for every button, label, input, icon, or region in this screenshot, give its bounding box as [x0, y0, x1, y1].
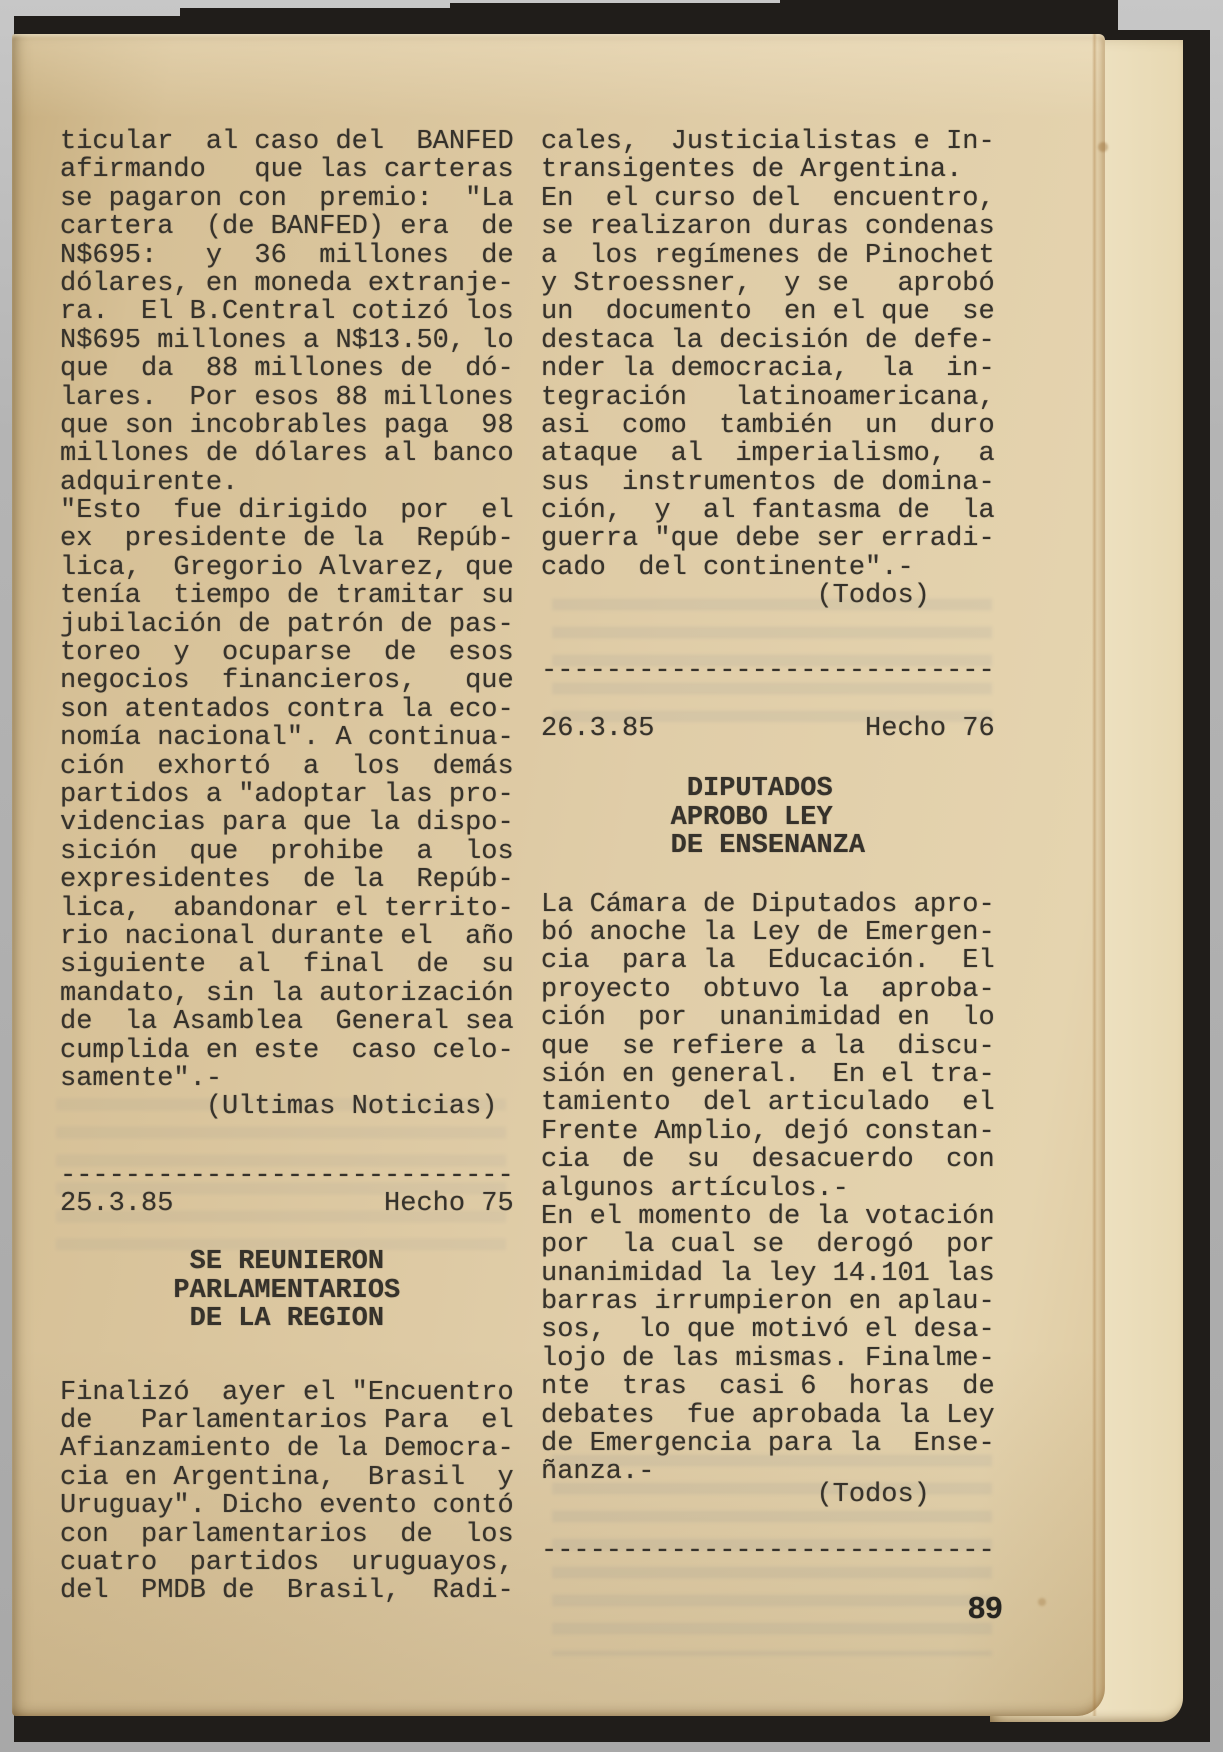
text-line: ataque al imperialismo, a — [541, 440, 995, 468]
text-line: DE LA REGION — [60, 1305, 514, 1333]
text-line: tamiento del articulado el — [541, 1089, 995, 1117]
text-line: cumplida en este caso celo- — [60, 1037, 514, 1065]
text-line: ---------------------------- — [541, 657, 995, 685]
top-edge-bar — [14, 16, 1118, 34]
text-line: partidos a "adoptar las pro- — [60, 781, 514, 809]
text-line: nder la democracia, la in- — [541, 355, 995, 383]
text-line: PARLAMENTARIOS — [60, 1277, 514, 1305]
text-line: se realizaron duras condenas — [541, 213, 995, 241]
text-line: sión en general. En el tra- — [541, 1061, 995, 1089]
scanned-page: ticular al caso del BANFEDafirmando que … — [12, 34, 1105, 1716]
text-line: con parlamentarios de los — [60, 1521, 514, 1549]
text-line: cia para la Educación. El — [541, 947, 995, 975]
text-line: un documento en el que se — [541, 298, 995, 326]
text-line: cales, Justicialistas e In- — [541, 128, 995, 156]
text-line: N$695: y 36 millones de — [60, 242, 514, 270]
text-line: "Esto fue dirigido por el — [60, 497, 514, 525]
text-line: DE ENSENANZA — [541, 832, 995, 860]
text-line: DIPUTADOS — [541, 775, 995, 803]
text-line: que da 88 millones de dó- — [60, 355, 514, 383]
text-line: por la cual se derogó por — [541, 1231, 995, 1259]
text-line: millones de dólares al banco — [60, 440, 514, 468]
text-line: asi como también un duro — [541, 412, 995, 440]
text-line: ticular al caso del BANFED — [60, 128, 514, 156]
text-line: algunos artículos.- — [541, 1175, 995, 1203]
text-line: ---------------------------- — [60, 1162, 514, 1190]
text-line: negocios financieros, que — [60, 667, 514, 695]
text-line: SE REUNIERON — [60, 1248, 514, 1276]
text-line: Uruguay". Dicho evento contó — [60, 1492, 514, 1520]
text-line: destaca la decisión de defe- — [541, 327, 995, 355]
top-edge-step-1 — [180, 8, 1118, 17]
text-line: se pagaron con premio: "La — [60, 185, 514, 213]
text-line: tenía tiempo de tramitar su — [60, 582, 514, 610]
text-line: cuatro partidos uruguayos, — [60, 1549, 514, 1577]
text-line: lica, Gregorio Alvarez, que — [60, 554, 514, 582]
text-line: ra. El B.Central cotizó los — [60, 298, 514, 326]
text-line: ción, y al fantasma de la — [541, 497, 995, 525]
text-line: En el momento de la votación — [541, 1203, 995, 1231]
text-line: guerra "que debe ser erradi- — [541, 525, 995, 553]
text-line: transigentes de Argentina. — [541, 156, 995, 184]
text-line: cia en Argentina, Brasil y — [60, 1464, 514, 1492]
text-line: debates fue aprobada la Ley — [541, 1402, 995, 1430]
text-line: sus instrumentos de domina- — [541, 469, 995, 497]
text-line: cartera (de BANFED) era de — [60, 213, 514, 241]
text-line: nte tras casi 6 horas de — [541, 1373, 995, 1401]
text-line: cado del continente".- — [541, 554, 995, 582]
text-line: (Ultimas Noticias) — [60, 1093, 514, 1121]
page-fold-crease — [1092, 34, 1097, 1716]
text-line: de Emergencia para la Ense- — [541, 1430, 995, 1458]
text-line: a los regímenes de Pinochet — [541, 242, 995, 270]
text-line: Frente Amplio, dejó constan- — [541, 1118, 995, 1146]
text-line: bó anoche la Ley de Emergen- — [541, 919, 995, 947]
text-line: unanimidad la ley 14.101 las — [541, 1260, 995, 1288]
text-line: En el curso del encuentro, — [541, 185, 995, 213]
text-line: dólares, en moneda extranje- — [60, 270, 514, 298]
text-line: y Stroessner, y se aprobó — [541, 270, 995, 298]
text-line: 25.3.85 Hecho 75 — [60, 1190, 514, 1218]
text-column-right: cales, Justicialistas e In-transigentes … — [541, 128, 995, 1566]
text-line: proyecto obtuvo la aproba- — [541, 976, 995, 1004]
text-line: del PMDB de Brasil, Radi- — [60, 1577, 514, 1605]
top-edge-step-3 — [780, 0, 1118, 4]
text-line: sición que prohibe a los — [60, 838, 514, 866]
text-line: de la Asamblea General sea — [60, 1008, 514, 1036]
text-line: lares. Por esos 88 millones — [60, 384, 514, 412]
text-line: lica, abandonar el territo- — [60, 895, 514, 923]
text-line: toreo y ocuparse de esos — [60, 639, 514, 667]
text-line: cia de su desacuerdo con — [541, 1146, 995, 1174]
text-line: son atentados contra la eco- — [60, 696, 514, 724]
text-line: barras irrumpieron en aplau- — [541, 1288, 995, 1316]
page-number: 89 — [968, 1590, 1002, 1626]
text-line: ---------------------------- — [541, 1537, 995, 1565]
text-line: samente".- — [60, 1065, 514, 1093]
text-line: tegración latinoamericana, — [541, 384, 995, 412]
text-line: sos, lo que motivó el desa- — [541, 1316, 995, 1344]
text-line: La Cámara de Diputados apro- — [541, 891, 995, 919]
text-line: afirmando que las carteras — [60, 156, 514, 184]
text-column-left: ticular al caso del BANFEDafirmando que … — [60, 128, 514, 1606]
text-line: de Parlamentarios Para el — [60, 1407, 514, 1435]
text-line: N$695 millones a N$13.50, lo — [60, 327, 514, 355]
text-line: ex presidente de la Repúb- — [60, 525, 514, 553]
text-line: rio nacional durante el año — [60, 923, 514, 951]
text-line: adquirente. — [60, 469, 514, 497]
scanned-document: ticular al caso del BANFEDafirmando que … — [0, 0, 1223, 1752]
text-line: jubilación de patrón de pas- — [60, 611, 514, 639]
text-line: expresidentes de la Repúb- — [60, 866, 514, 894]
text-line: siguiente al final de su — [60, 951, 514, 979]
text-line: que son incobrables paga 98 — [60, 412, 514, 440]
text-line: ción por unanimidad en lo — [541, 1004, 995, 1032]
text-line: 26.3.85 Hecho 76 — [541, 715, 995, 743]
text-line: ción exhortó a los demás — [60, 753, 514, 781]
text-line: lojo de las mismas. Finalme- — [541, 1345, 995, 1373]
text-line: nomía nacional". A continua- — [60, 724, 514, 752]
text-line: que se refiere a la discu- — [541, 1033, 995, 1061]
text-line: videncias para que la dispo- — [60, 809, 514, 837]
text-line: (Todos) — [541, 582, 995, 610]
text-line: (Todos) — [541, 1481, 995, 1509]
text-line: Afianzamiento de la Democra- — [60, 1435, 514, 1463]
text-line: APROBO LEY — [541, 804, 995, 832]
paper-stain-2 — [1038, 1598, 1046, 1606]
text-line: mandato, sin la autorización — [60, 980, 514, 1008]
paper-stain-1 — [1098, 142, 1108, 152]
text-line: Finalizó ayer el "Encuentro — [60, 1379, 514, 1407]
